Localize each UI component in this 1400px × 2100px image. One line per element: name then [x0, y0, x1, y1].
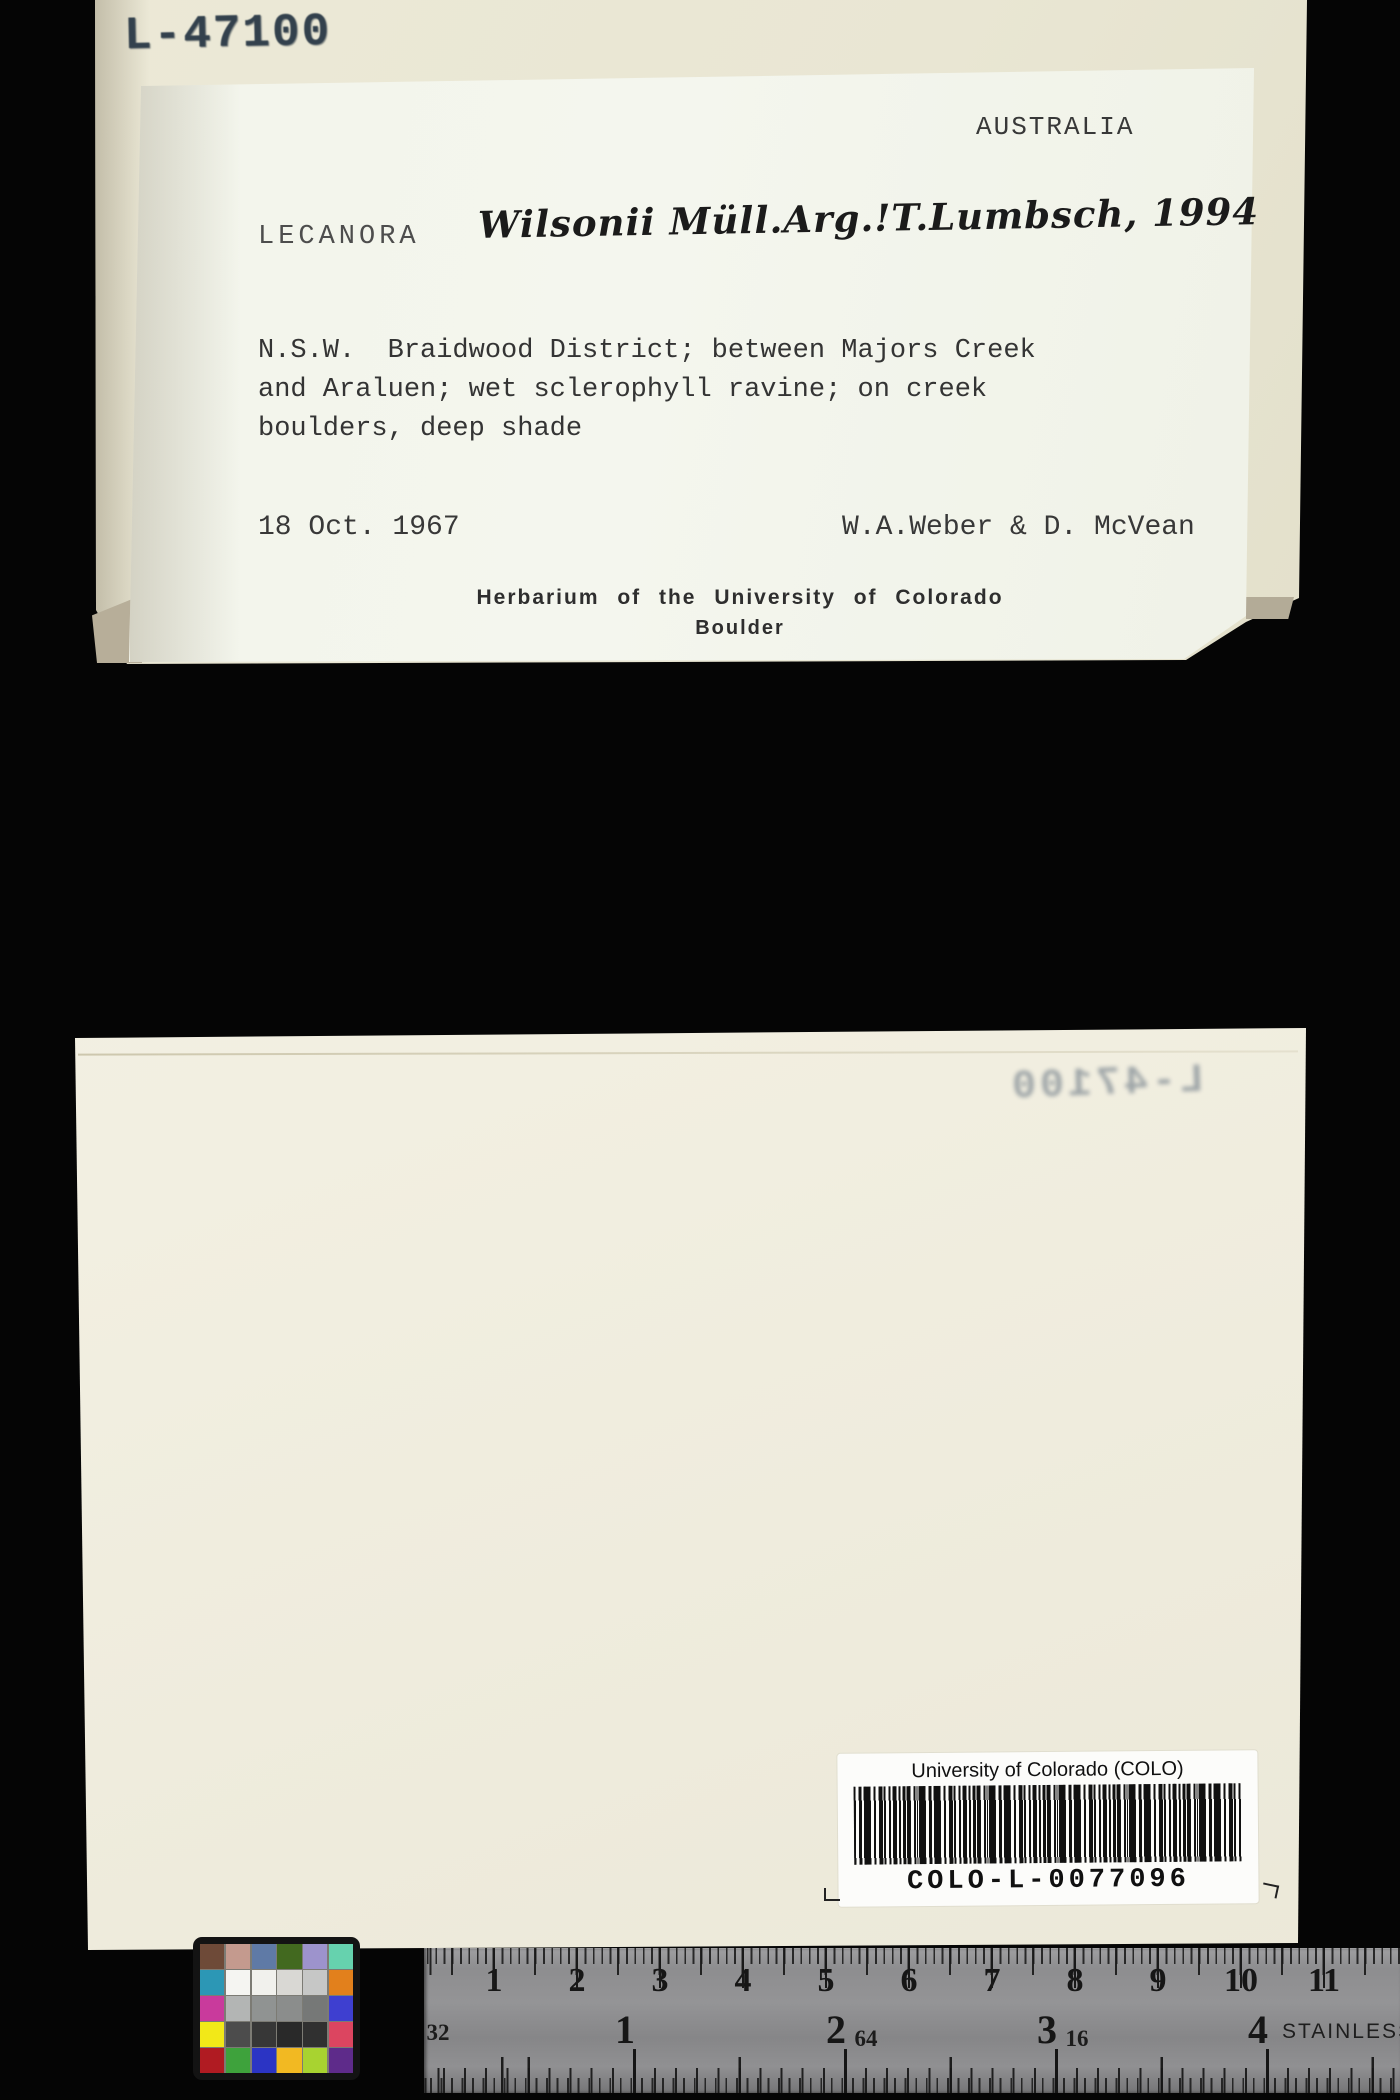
color-checker-target	[193, 1937, 360, 2080]
color-checker-grid	[200, 1944, 353, 2073]
color-swatch	[277, 1970, 301, 1995]
ruler-top-major-tick	[825, 1948, 827, 1988]
barcode-number: COLO-L-0077096	[838, 1864, 1258, 1898]
color-swatch	[277, 1996, 301, 2021]
ruler-top-major-tick	[659, 1948, 661, 1988]
locality-text: N.S.W. Braidwood District; between Major…	[258, 332, 1036, 449]
color-swatch	[226, 1944, 250, 1969]
color-swatch	[226, 1996, 250, 2021]
ruler-top-major-tick	[576, 1948, 578, 1988]
barcode-icon	[854, 1783, 1243, 1864]
color-swatch	[252, 2048, 276, 2073]
specimen-photo-stage: L-47100 University of Colorado (COLO) CO…	[0, 0, 1400, 2100]
color-swatch	[329, 2048, 353, 2073]
ruler-fraction-left: 32	[427, 2020, 450, 2046]
crop-mark-left	[824, 1888, 840, 1901]
ruler-top-major-tick	[1240, 1948, 1242, 1988]
ruler-fraction-after-2: 64	[855, 2026, 878, 2052]
color-swatch	[303, 2048, 327, 2073]
card-crease-line	[78, 1050, 1298, 1055]
ruler-inch-tick	[844, 2049, 847, 2093]
color-swatch	[277, 2022, 301, 2047]
ruler-inch-tick	[1266, 2049, 1269, 2093]
color-swatch	[226, 2048, 250, 2073]
color-swatch	[303, 1944, 327, 1969]
color-swatch	[252, 1970, 276, 1995]
ruler-top-major-tick	[493, 1948, 495, 1988]
mirrored-ink-offset-stamp: L-47100	[1007, 1059, 1204, 1111]
collection-date: 18 Oct. 1967	[258, 512, 460, 543]
color-swatch	[329, 1944, 353, 1969]
herbarium-imprint-line1: Herbarium of the University of Colorado	[420, 586, 1060, 610]
paper-corner-shadow-right	[1246, 597, 1294, 619]
ruler: STAINLESS ST 12345678910111234326416	[424, 1948, 1400, 2093]
ruler-top-major-tick	[742, 1948, 744, 1988]
color-swatch	[329, 2022, 353, 2047]
color-swatch	[329, 1970, 353, 1995]
label-left-shadow	[130, 80, 240, 662]
collectors: W.A.Weber & D. McVean	[842, 512, 1195, 543]
color-swatch	[303, 2022, 327, 2047]
ruler-top-major-tick	[991, 1948, 993, 1988]
color-swatch	[329, 1996, 353, 2021]
color-swatch	[303, 1970, 327, 1995]
country-label: AUSTRALIA	[976, 112, 1134, 142]
barcode-title: University of Colorado (COLO)	[837, 1757, 1257, 1784]
ruler-bottom-number: 1	[615, 2006, 635, 2053]
ruler-top-major-tick	[1074, 1948, 1076, 1988]
color-swatch	[200, 1996, 224, 2021]
ruler-top-major-tick	[1157, 1948, 1159, 1988]
ruler-bottom-scale	[424, 2047, 1400, 2093]
ruler-bottom-number: 2	[826, 2006, 846, 2053]
color-swatch	[200, 1970, 224, 1995]
ruler-inch-tick	[633, 2049, 636, 2093]
color-swatch	[252, 1996, 276, 2021]
herbarium-imprint-line2: Boulder	[420, 617, 1060, 640]
ruler-top-major-tick	[1323, 1948, 1325, 1988]
color-swatch	[200, 2022, 224, 2047]
color-swatch	[226, 1970, 250, 1995]
color-swatch	[226, 2022, 250, 2047]
color-swatch	[303, 1996, 327, 2021]
color-swatch	[277, 2048, 301, 2073]
ruler-inch-tick	[1055, 2049, 1058, 2093]
color-swatch	[252, 2022, 276, 2047]
color-swatch	[200, 1944, 224, 1969]
ruler-fraction-after-3: 16	[1066, 2026, 1089, 2052]
barcode-label: University of Colorado (COLO) COLO-L-007…	[837, 1750, 1258, 1907]
ruler-bottom-number: 4	[1248, 2006, 1268, 2053]
genus-name: LECANORA	[258, 222, 420, 252]
herbarium-imprint: Herbarium of the University of Colorado …	[420, 586, 1060, 640]
ruler-top-major-tick	[908, 1948, 910, 1988]
color-swatch	[200, 2048, 224, 2073]
color-swatch	[252, 1944, 276, 1969]
color-swatch	[277, 1944, 301, 1969]
ruler-brand-text: STAINLESS ST	[1282, 2020, 1400, 2044]
accession-number-stamp: L-47100	[123, 6, 331, 62]
ruler-bottom-number: 3	[1037, 2006, 1057, 2053]
